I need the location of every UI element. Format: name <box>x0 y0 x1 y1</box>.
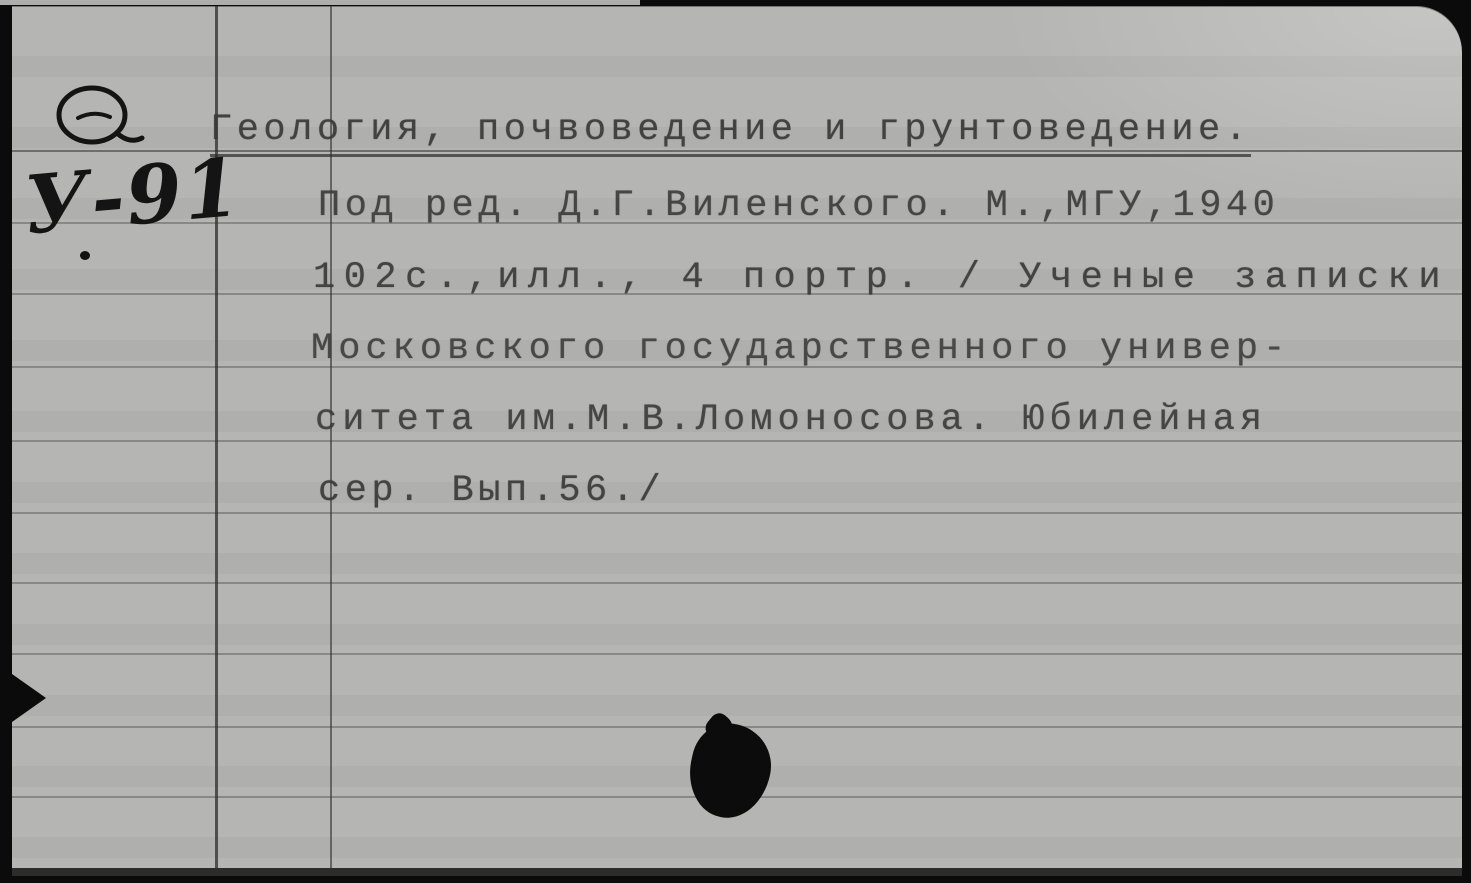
card-body-line: Под ред. Д.Г.Виленского. М.,МГУ,1940 <box>318 184 1279 228</box>
shelf-mark-dot <box>80 251 90 260</box>
card-body-line: 102с.,илл., 4 портр. / Ученые записки <box>313 256 1449 300</box>
ruled-line <box>12 582 1462 584</box>
ruled-line <box>12 653 1462 655</box>
card-heading: Геология, почвоведение и грунтоведение. <box>210 108 1251 157</box>
card-body-line: Московского государственного универ- <box>311 327 1290 371</box>
ruled-line <box>12 512 1462 514</box>
handwritten-circle-mark-icon <box>50 82 146 154</box>
card-body-line: сер. Вып.56./ <box>318 469 665 513</box>
shelf-mark: У-91 <box>21 147 245 246</box>
edge-tear-notch <box>12 674 46 722</box>
scan-background: { "document_type": "library-catalog-card… <box>0 0 1471 883</box>
card-behind-edge <box>0 0 640 5</box>
punch-hole-icon <box>681 717 779 826</box>
card-body-line: ситета им.М.В.Ломоносова. Юбилейная <box>315 398 1267 442</box>
catalog-card: У-91 Геология, почвоведение и грунтоведе… <box>12 6 1462 876</box>
